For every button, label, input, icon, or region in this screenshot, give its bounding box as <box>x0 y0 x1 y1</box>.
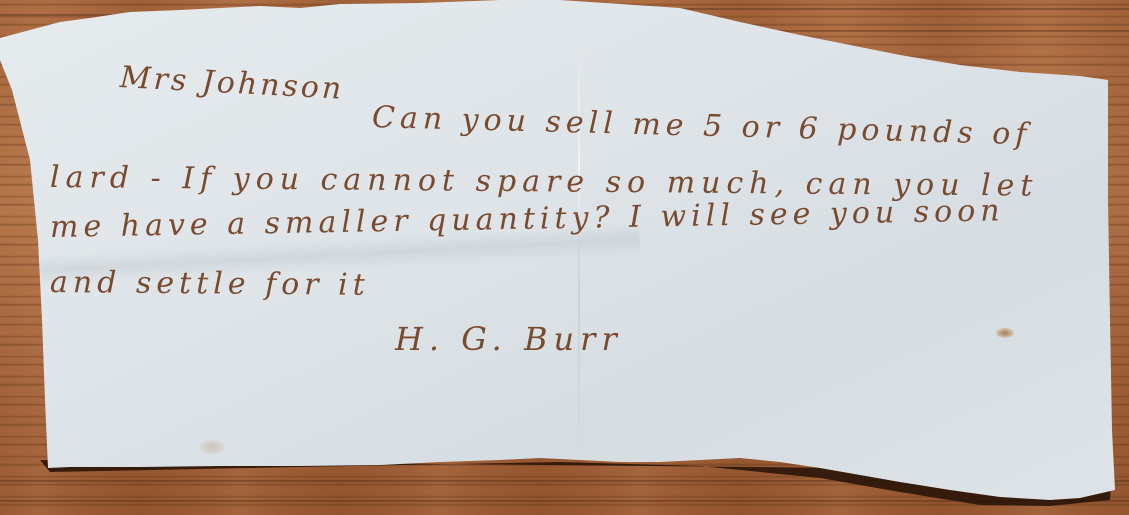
paper-stain <box>200 440 224 454</box>
signature: H. G. Burr <box>395 320 623 358</box>
body-line-4: and settle for it <box>50 265 370 303</box>
ink-stain <box>996 328 1014 338</box>
